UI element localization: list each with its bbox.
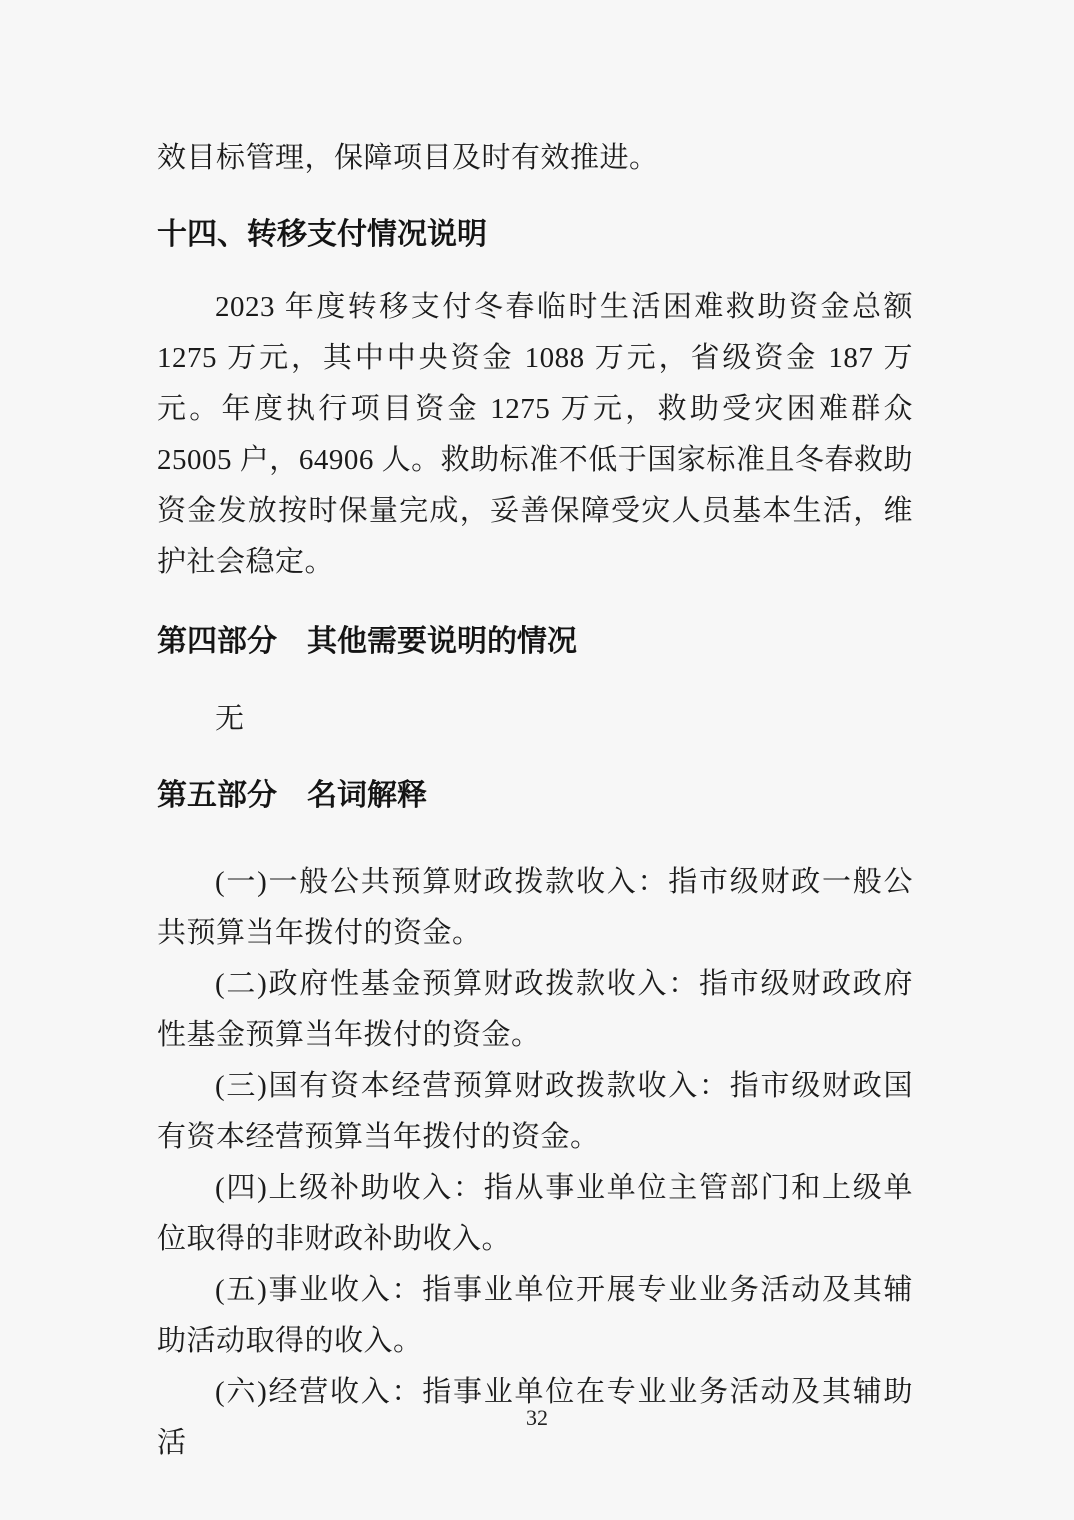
definition-paragraph: (五)事业收入：指事业单位开展专业业务活动及其辅助活动取得的收入。 (157, 1265, 913, 1367)
definition-paragraph: (一)一般公共预算财政拨款收入：指市级财政一般公共预算当年拨付的资金。 (157, 857, 913, 959)
continuation-paragraph: 效目标管理，保障项目及时有效推进。 (157, 133, 913, 184)
part-5-heading: 第五部分 名词解释 (157, 770, 913, 822)
definition-paragraph: (四)上级补助收入：指从事业单位主管部门和上级单位取得的非财政补助收入。 (157, 1163, 913, 1265)
part-4-heading: 第四部分 其他需要说明的情况 (157, 616, 913, 668)
transfer-payment-paragraph: 2023 年度转移支付冬春临时生活困难救助资金总额 1275 万元，其中中央资金… (157, 282, 913, 588)
part-4-paragraph: 无 (157, 694, 913, 745)
definition-paragraph: (二)政府性基金预算财政拨款收入：指市级财政政府性基金预算当年拨付的资金。 (157, 959, 913, 1061)
definition-paragraph: (三)国有资本经营预算财政拨款收入：指市级财政国有资本经营预算当年拨付的资金。 (157, 1061, 913, 1163)
page-number: 32 (0, 1403, 1074, 1433)
document-page: 效目标管理，保障项目及时有效推进。 十四、转移支付情况说明 2023 年度转移支… (0, 0, 1074, 1520)
section-14-heading: 十四、转移支付情况说明 (157, 209, 913, 260)
document-content: 效目标管理，保障项目及时有效推进。 十四、转移支付情况说明 2023 年度转移支… (0, 0, 1074, 1469)
